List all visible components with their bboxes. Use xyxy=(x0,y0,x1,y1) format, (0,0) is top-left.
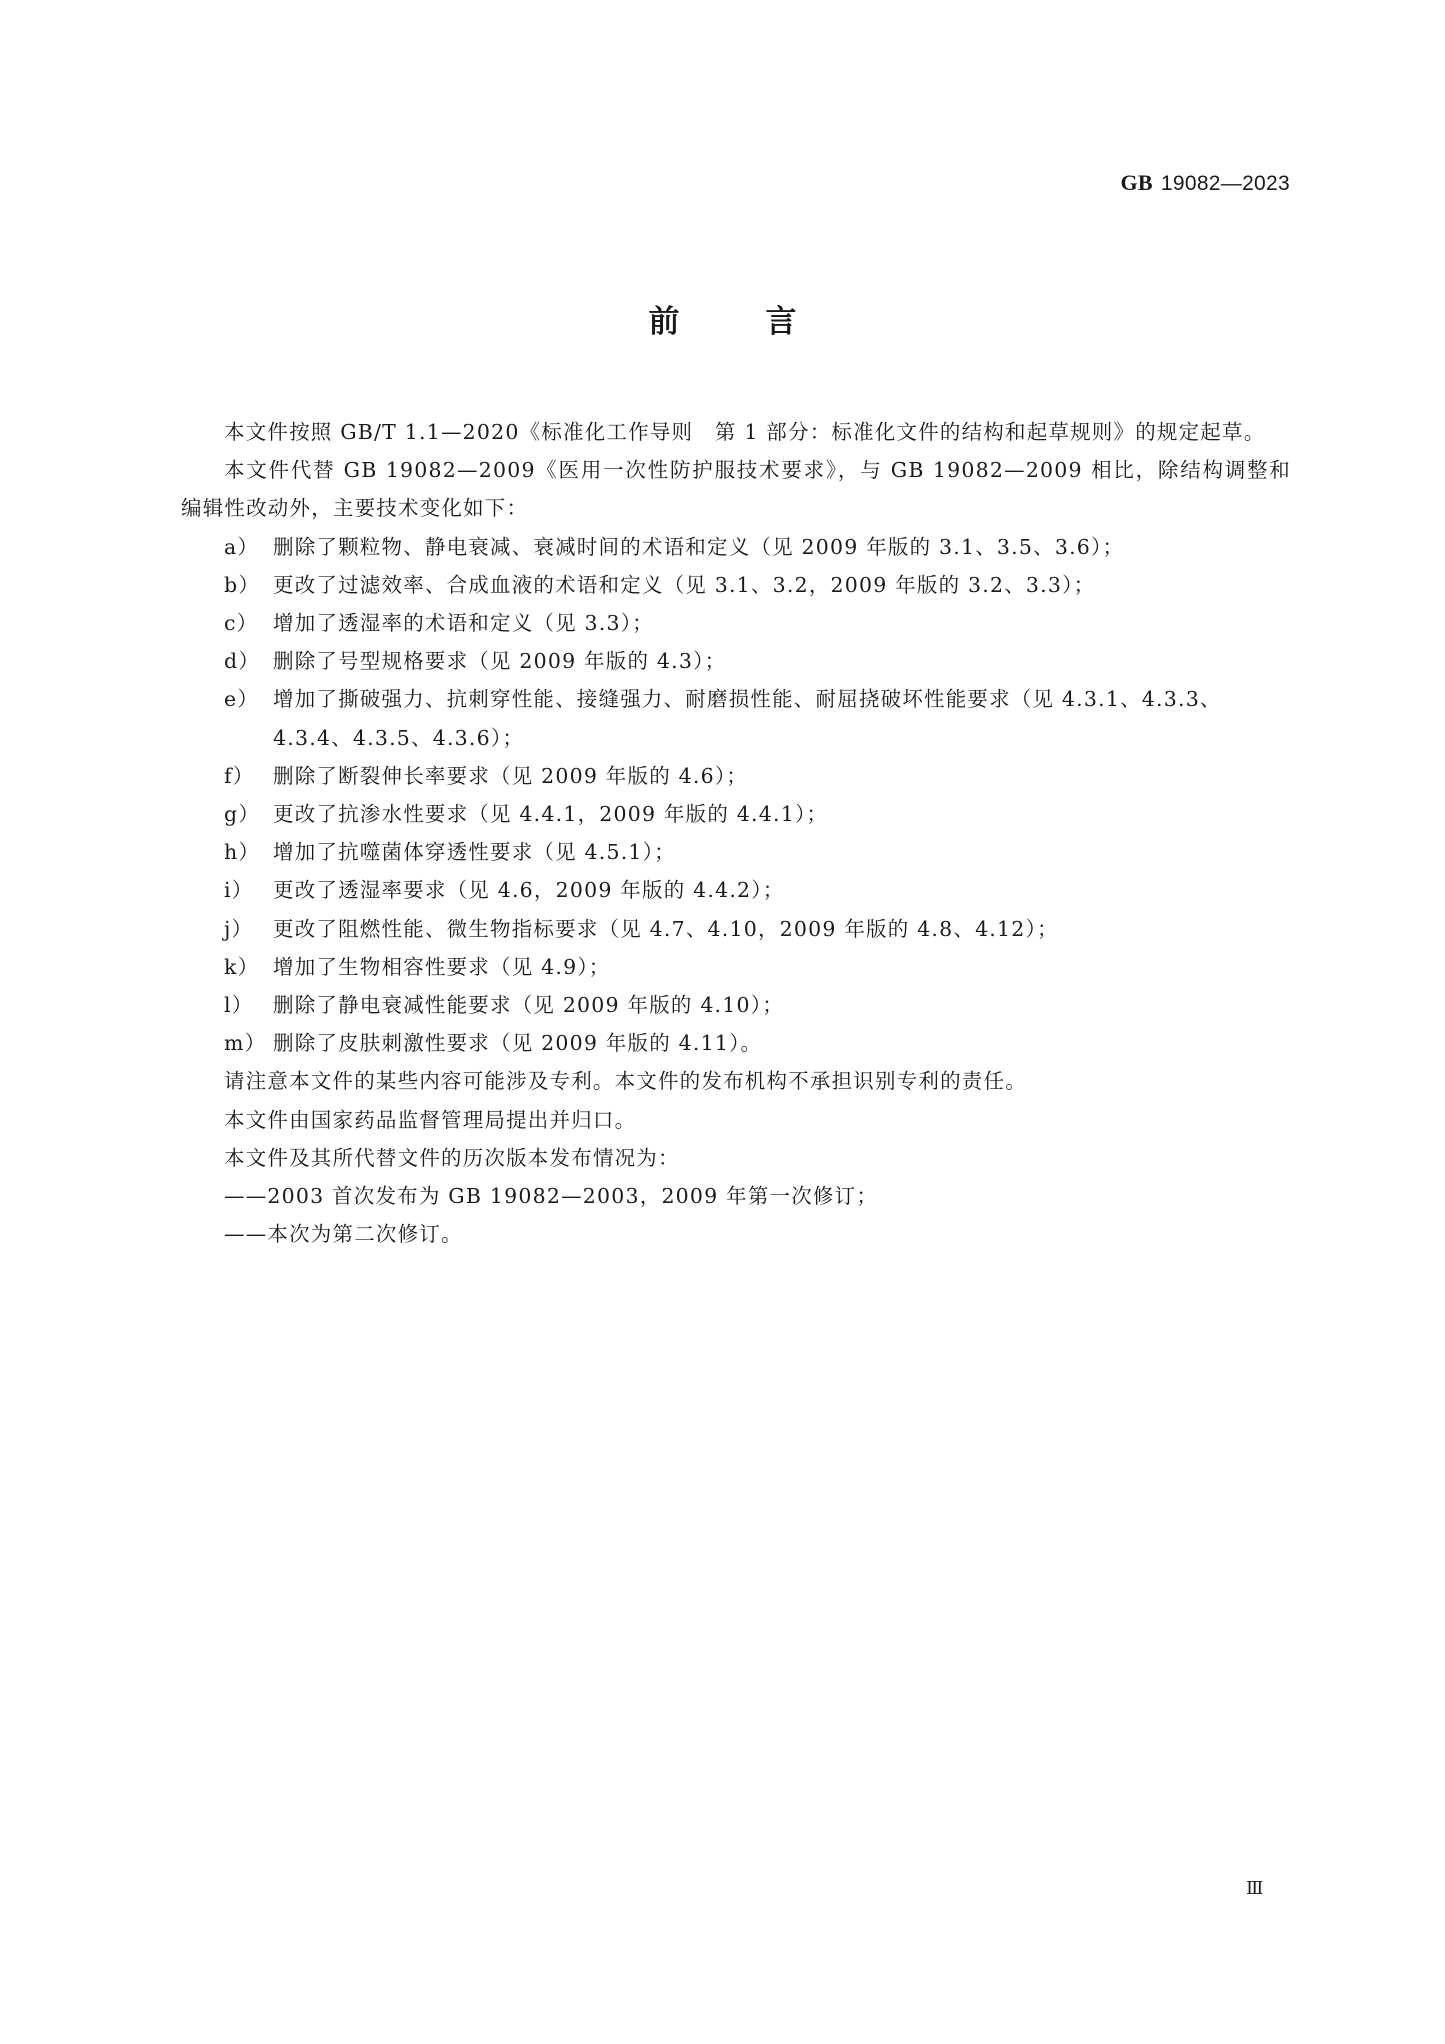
foreword-body: 本文件按照 GB/T 1.1—2020《标准化工作导则 第 1 部分：标准化文件… xyxy=(181,413,1291,1253)
standard-prefix: GB xyxy=(1120,170,1152,195)
list-marker: e） xyxy=(224,680,259,718)
page-number: Ⅲ xyxy=(1246,1878,1263,1899)
list-item-text: 删除了号型规格要求（见 2009 年版的 4.3）； xyxy=(273,649,726,673)
list-marker: a） xyxy=(224,528,259,566)
list-marker: g） xyxy=(224,795,260,833)
list-item-text: 增加了透湿率的术语和定义（见 3.3）； xyxy=(273,611,654,635)
title-char-1: 前 xyxy=(649,296,680,341)
document-page: GB19082—2023 前言 本文件按照 GB/T 1.1—2020《标准化工… xyxy=(0,0,1445,2044)
list-item: d）删除了号型规格要求（见 2009 年版的 4.3）； xyxy=(181,642,1291,680)
list-item: k）增加了生物相容性要求（见 4.9）； xyxy=(181,948,1291,986)
list-item-text: 删除了静电衰减性能要求（见 2009 年版的 4.10）； xyxy=(273,993,784,1017)
list-item-text: 增加了生物相容性要求（见 4.9）； xyxy=(273,955,610,979)
paragraph-replacement: 本文件代替 GB 19082—2009《医用一次性防护服技术要求》，与 GB 1… xyxy=(181,451,1291,527)
standard-number-header: GB19082—2023 xyxy=(1120,170,1290,196)
page-title: 前言 xyxy=(0,296,1445,341)
list-marker: h） xyxy=(224,833,260,871)
list-item: f）删除了断裂伸长率要求（见 2009 年版的 4.6）； xyxy=(181,757,1291,795)
list-item: g）更改了抗渗水性要求（见 4.4.1，2009 年版的 4.4.1）； xyxy=(181,795,1291,833)
list-item: h）增加了抗噬菌体穿透性要求（见 4.5.1）； xyxy=(181,833,1291,871)
list-item: j）更改了阻燃性能、微生物指标要求（见 4.7、4.10，2009 年版的 4.… xyxy=(181,910,1291,948)
list-item: b）更改了过滤效率、合成血液的术语和定义（见 3.1、3.2，2009 年版的 … xyxy=(181,566,1291,604)
list-item: m）删除了皮肤刺激性要求（见 2009 年版的 4.11）。 xyxy=(181,1024,1291,1062)
paragraph-proposer: 本文件由国家药品监督管理局提出并归口。 xyxy=(181,1101,1291,1139)
title-char-2: 言 xyxy=(766,296,797,341)
list-item-text: 删除了颗粒物、静电衰减、衰减时间的术语和定义（见 2009 年版的 3.1、3.… xyxy=(273,535,1124,559)
list-item-text: 更改了抗渗水性要求（见 4.4.1，2009 年版的 4.4.1）； xyxy=(273,802,828,826)
paragraph-patent-notice: 请注意本文件的某些内容可能涉及专利。本文件的发布机构不承担识别专利的责任。 xyxy=(181,1062,1291,1100)
list-marker: k） xyxy=(224,948,259,986)
list-marker: d） xyxy=(224,642,260,680)
list-marker: m） xyxy=(224,1024,266,1062)
history-item: ——2003 首次发布为 GB 19082—2003，2009 年第一次修订； xyxy=(181,1177,1291,1215)
list-item-text: 增加了撕破强力、抗刺穿性能、接缝强力、耐磨损性能、耐屈挠破坏性能要求（见 4.3… xyxy=(273,687,1222,749)
paragraph-drafting-rules: 本文件按照 GB/T 1.1—2020《标准化工作导则 第 1 部分：标准化文件… xyxy=(181,413,1291,451)
list-item: l）删除了静电衰减性能要求（见 2009 年版的 4.10）； xyxy=(181,986,1291,1024)
list-marker: i） xyxy=(224,871,253,909)
list-item: c）增加了透湿率的术语和定义（见 3.3）； xyxy=(181,604,1291,642)
list-marker: f） xyxy=(224,757,255,795)
list-item-text: 更改了阻燃性能、微生物指标要求（见 4.7、4.10，2009 年版的 4.8、… xyxy=(273,917,1059,941)
list-marker: c） xyxy=(224,604,258,642)
list-item: e）增加了撕破强力、抗刺穿性能、接缝强力、耐磨损性能、耐屈挠破坏性能要求（见 4… xyxy=(181,680,1291,756)
list-marker: l） xyxy=(224,986,253,1024)
list-marker: b） xyxy=(224,566,260,604)
history-item: ——本次为第二次修订。 xyxy=(181,1215,1291,1253)
list-item-text: 删除了断裂伸长率要求（见 2009 年版的 4.6）； xyxy=(273,764,748,788)
list-item-text: 删除了皮肤刺激性要求（见 2009 年版的 4.11）。 xyxy=(273,1031,762,1055)
list-item: i）更改了透湿率要求（见 4.6，2009 年版的 4.4.2）； xyxy=(181,871,1291,909)
list-marker: j） xyxy=(224,910,253,948)
list-item-text: 更改了透湿率要求（见 4.6，2009 年版的 4.4.2）； xyxy=(273,878,784,902)
standard-number: 19082—2023 xyxy=(1161,172,1290,195)
list-item: a）删除了颗粒物、静电衰减、衰减时间的术语和定义（见 2009 年版的 3.1、… xyxy=(181,528,1291,566)
paragraph-history-intro: 本文件及其所代替文件的历次版本发布情况为： xyxy=(181,1139,1291,1177)
list-item-text: 增加了抗噬菌体穿透性要求（见 4.5.1）； xyxy=(273,840,676,864)
changes-list: a）删除了颗粒物、静电衰减、衰减时间的术语和定义（见 2009 年版的 3.1、… xyxy=(181,528,1291,1063)
list-item-text: 更改了过滤效率、合成血液的术语和定义（见 3.1、3.2，2009 年版的 3.… xyxy=(273,573,1095,597)
